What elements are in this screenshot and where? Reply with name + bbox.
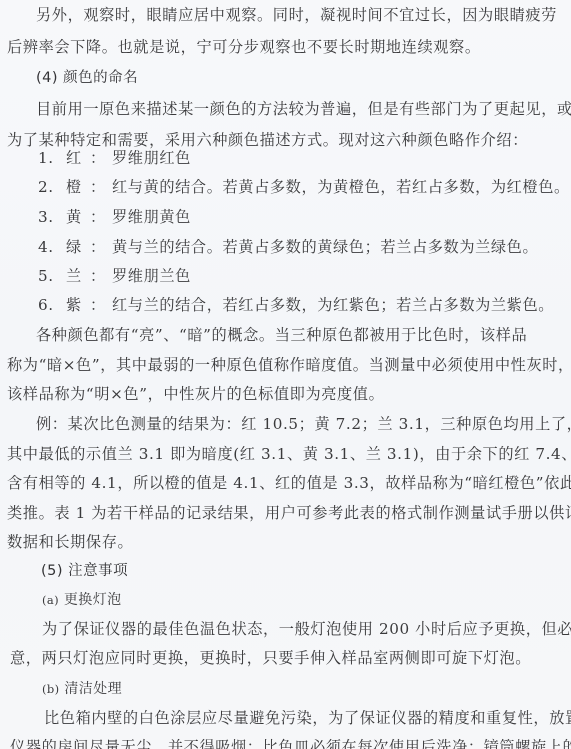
brightness-para-line-3: 该样品称为“明×色”，中性灰片的色标值即为亮度值。 <box>7 384 384 404</box>
intro-line-1: 另外，观察时，眼睛应居中观察。同时，凝视时间不宜过长，因为眼睛疲劳 <box>36 5 557 25</box>
sub-b-line-2: 仪器的房间尽量无尘，并不得吸烟；比色皿必须在每次使用后洗净；镜筒螺旋上的 <box>10 737 571 749</box>
item-description: 黄与兰的结合。若黄占多数的黄绿色；若兰占多数为兰绿色。 <box>112 238 538 256</box>
item-number: 6. <box>38 295 66 315</box>
color-list-item: 6.紫：红与兰的结合，若红占多数，为红紫色；若兰占多数为兰紫色。 <box>38 295 554 315</box>
subsection-marker: (a) <box>42 593 59 607</box>
item-colon: ： <box>90 207 112 227</box>
color-list-item: 3.黄：罗维朋黄色 <box>38 207 191 227</box>
item-colon: ： <box>90 148 112 168</box>
item-color-name: 兰 <box>66 266 90 286</box>
sub-b-line-1: 比色箱内壁的白色涂层应尽量避免污染，为了保证仪器的精度和重复性，放置 <box>44 708 571 728</box>
section-4-para-line-2: 为了某种特定和需要，采用六种颜色描述方式。现对这六种颜色略作介绍： <box>7 130 528 150</box>
item-description: 罗维朋黄色 <box>112 208 191 226</box>
subsection-title: 清洁处理 <box>64 681 122 697</box>
item-description: 红与黄的结合。若黄占多数，为黄橙色，若红占多数，为红橙色。 <box>112 178 570 196</box>
section-5-heading: (5) 注意事项 <box>41 561 128 581</box>
example-para-line-1: 例：某次比色测量的结果为：红 10.5；黄 7.2；兰 3.1，三种原色均用上了… <box>36 414 571 434</box>
sub-a-line-1: 为了保证仪器的最佳色温色状态，一般灯泡使用 200 小时后应予更换，但必须注 <box>42 619 571 639</box>
item-colon: ： <box>90 237 112 257</box>
section-4-heading: (4) 颜色的命名 <box>36 68 138 88</box>
example-para-line-5: 数据和长期保存。 <box>7 532 133 552</box>
example-para-line-3: 含有相等的 4.1，所以橙的值是 4.1、红的值是 3.3，故样品称为“暗红橙色… <box>7 473 571 493</box>
subsection-b-heading: (b) 清洁处理 <box>42 679 122 699</box>
example-para-line-2: 其中最低的示值兰 3.1 即为暗度(红 3.1、黄 3.1、兰 3.1)，由于余… <box>7 444 571 464</box>
document-page: 另外，观察时，眼睛应居中观察。同时，凝视时间不宜过长，因为眼睛疲劳 后辨率会下降… <box>0 0 571 749</box>
item-description: 罗维朋兰色 <box>112 267 191 285</box>
subsection-marker: (b) <box>42 682 60 696</box>
item-number: 4. <box>38 237 66 257</box>
color-list-item: 4.绿：黄与兰的结合。若黄占多数的黄绿色；若兰占多数为兰绿色。 <box>38 237 538 257</box>
subsection-title: 更换灯泡 <box>64 592 122 608</box>
example-para-line-4: 类推。表 1 为若干样品的记录结果，用户可参考此表的格式制作测量试手册以供记录 <box>7 503 571 523</box>
item-color-name: 绿 <box>66 237 90 257</box>
item-color-name: 黄 <box>66 207 90 227</box>
item-color-name: 紫 <box>66 295 90 315</box>
subsection-a-heading: (a) 更换灯泡 <box>42 590 122 610</box>
brightness-para-line-2: 称为“暗×色”，其中最弱的一种原色值称作暗度值。当测量中必须使用中性灰时， <box>7 355 571 375</box>
item-description: 罗维朋红色 <box>112 149 191 167</box>
color-list-item: 5.兰：罗维朋兰色 <box>38 266 191 286</box>
item-number: 5. <box>38 266 66 286</box>
item-color-name: 红 <box>66 148 90 168</box>
section-4-para-line-1: 目前用一原色来描述某一颜色的方法较为普遍，但是有些部门为了更起见，或 <box>36 99 571 119</box>
item-number: 2. <box>38 177 66 197</box>
item-color-name: 橙 <box>66 177 90 197</box>
item-colon: ： <box>90 295 112 315</box>
color-list-item: 1.红：罗维朋红色 <box>38 148 191 168</box>
item-description: 红与兰的结合，若红占多数，为红紫色；若兰占多数为兰紫色。 <box>112 296 554 314</box>
item-number: 1. <box>38 148 66 168</box>
item-number: 3. <box>38 207 66 227</box>
brightness-para-line-1: 各种颜色都有“亮”、“暗”的概念。当三种原色都被用于比色时，该样品 <box>36 325 527 345</box>
intro-line-2: 后辨率会下降。也就是说，宁可分步观察也不要长时期地连续观察。 <box>7 37 481 57</box>
sub-a-line-2: 意，两只灯泡应同时更换，更换时，只要手伸入样品室两侧即可旋下灯泡。 <box>10 648 531 668</box>
item-colon: ： <box>90 266 112 286</box>
item-colon: ： <box>90 177 112 197</box>
color-list-item: 2.橙：红与黄的结合。若黄占多数，为黄橙色，若红占多数，为红橙色。 <box>38 177 570 197</box>
